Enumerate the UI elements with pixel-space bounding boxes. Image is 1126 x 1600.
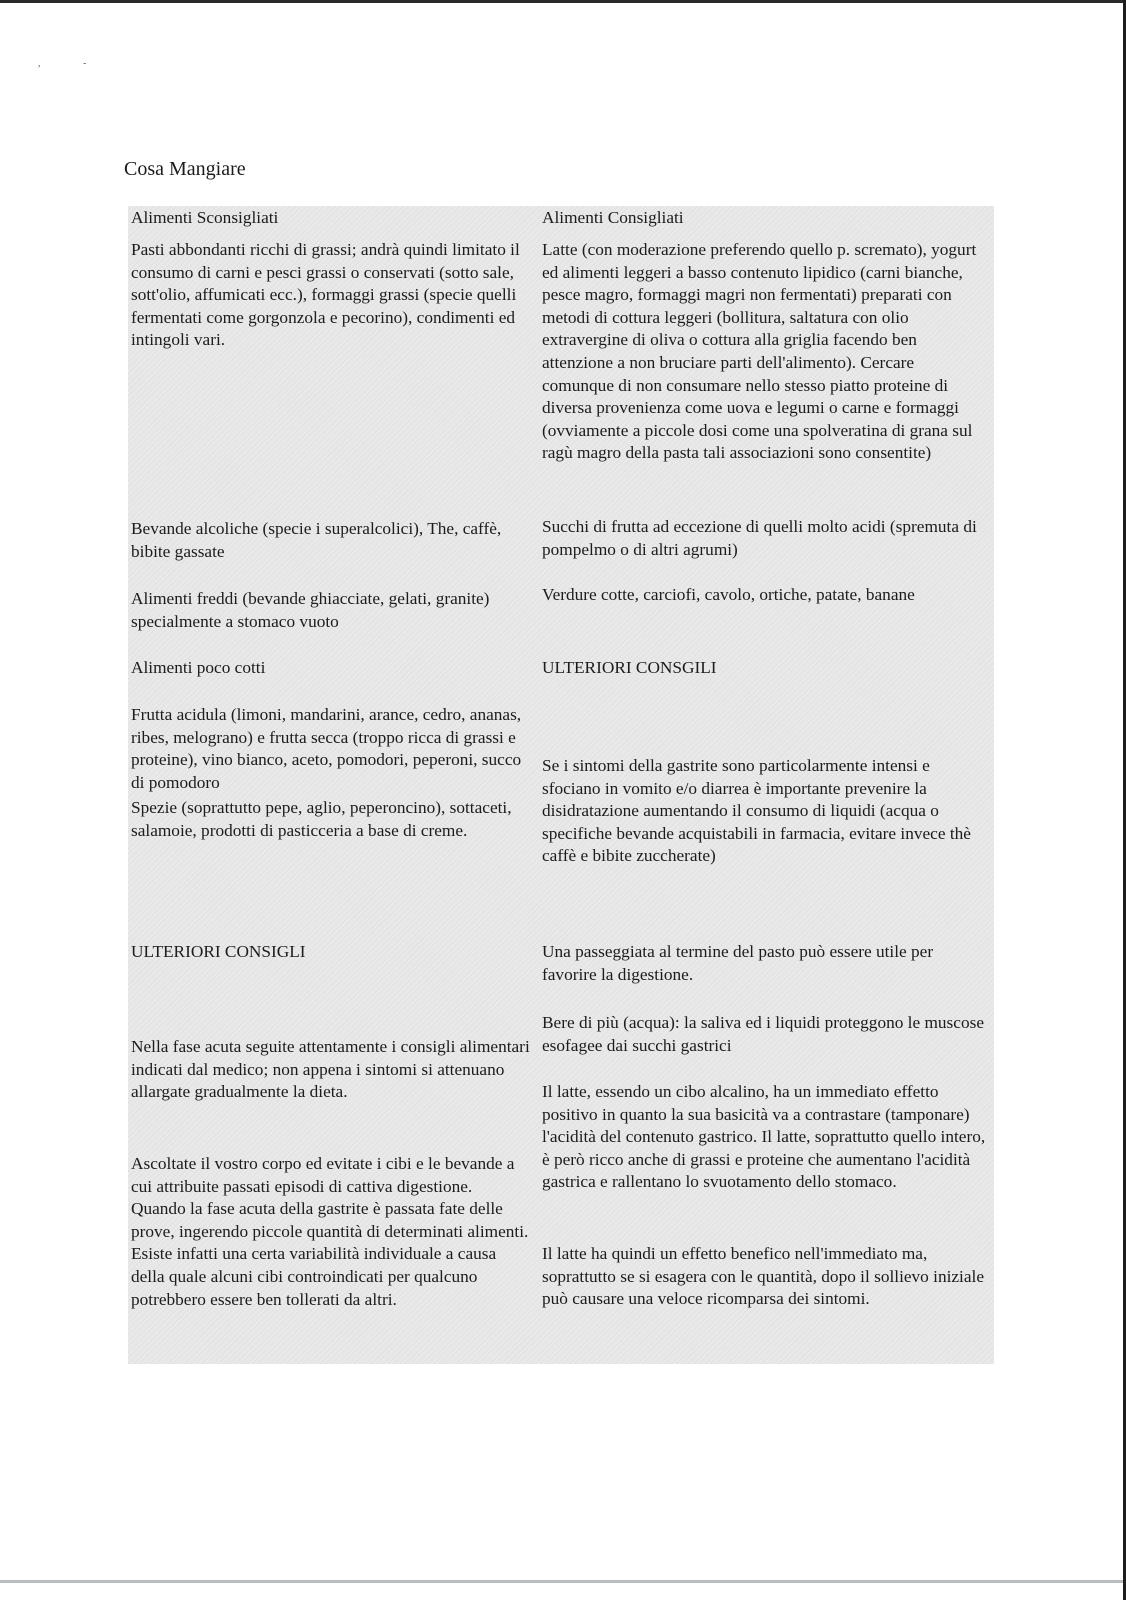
left-column-heading: Alimenti Sconsigliati [131,207,531,230]
left-item-undercooked: Alimenti poco cotti [131,657,531,680]
right-item-fruit-juices: Succhi di frutta ad eccezione di quelli … [542,516,987,561]
left-advice-acute-phase: Nella fase acuta seguite attentamente i … [131,1036,531,1104]
left-item-fatty-meals: Pasti abbondanti ricchi di grassi; andrà… [131,239,531,352]
right-item-cooked-vegetables: Verdure cotte, carciofi, cavolo, ortiche… [542,584,987,607]
right-advice-dehydration: Se i sintomi della gastrite sono partico… [542,755,987,868]
left-item-acidic-fruit: Frutta acidula (limoni, mandarini, aranc… [131,704,531,794]
right-advice-walk: Una passeggiata al termine del pasto può… [542,941,987,986]
right-column-heading: Alimenti Consigliati [542,207,987,230]
left-item-cold-foods: Alimenti freddi (bevande ghiacciate, gel… [131,588,531,633]
left-item-spices: Spezie (soprattutto pepe, aglio, peperon… [131,797,531,842]
left-item-alcohol: Bevande alcoliche (specie i superalcolic… [131,518,531,563]
left-advice-heading: ULTERIORI CONSIGLI [131,941,531,964]
scan-top-edge [0,0,1126,3]
scan-bottom-line [0,1580,1123,1583]
document-title: Cosa Mangiare [124,158,246,181]
right-advice-milk-alkaline: Il latte, essendo un cibo alcalino, ha u… [542,1081,987,1194]
left-advice-listen-body: Ascoltate il vostro corpo ed evitate i c… [131,1153,531,1311]
scan-specks: , - [38,58,106,69]
right-item-milk-light-foods: Latte (con moderazione preferendo quello… [542,239,987,465]
right-advice-heading: ULTERIORI CONSGILI [542,657,987,680]
right-advice-milk-effect: Il latte ha quindi un effetto benefico n… [542,1243,987,1311]
right-advice-drink-water: Bere di più (acqua): la saliva ed i liqu… [542,1012,987,1057]
